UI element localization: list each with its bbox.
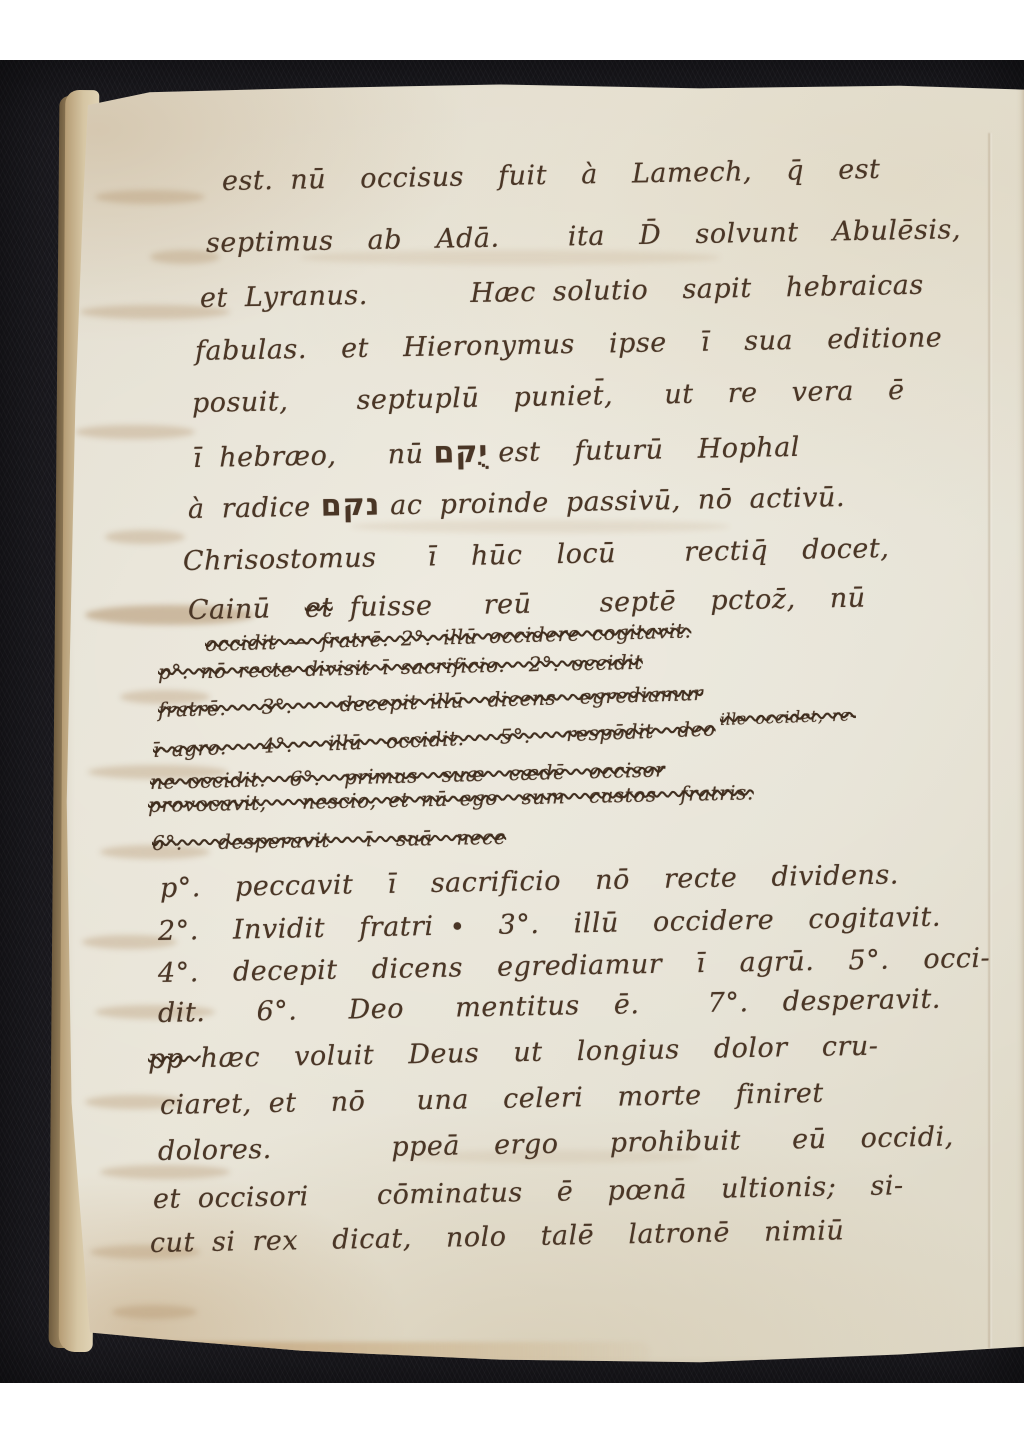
line-7-latin-post: ac proinde passivū, nō activū.	[390, 482, 845, 521]
deleted-line-7: 6°. desperavit ī suā nece	[152, 827, 506, 853]
manuscript-line-21: pp hæc voluit Deus ut longius dolor cru-	[148, 1033, 879, 1073]
line-21-deleted-prefix: pp	[148, 1043, 201, 1075]
line-9-post: fuisse reū septē pctoz̄, nū	[332, 583, 866, 624]
manuscript-line-8: Chrisostomus ī hūc locū rectiq̄ docet,	[183, 535, 890, 575]
manuscript-line-5: posuit, septuplū puniet̄, ut re vera ē	[192, 377, 905, 417]
manuscript-line-23: dolores. ppeā ergo prohibuit eū occidi,	[158, 1123, 954, 1165]
line-6-latin-pre: ī hebræo, nū	[193, 439, 424, 474]
deleted-line-4: ī agro. 4°. illū occidit. 5°. respōdit d…	[153, 718, 716, 760]
manuscript-line-22: ciaret, et nō una celeri morte finiret	[160, 1080, 824, 1119]
showthrough-smudge	[112, 1305, 197, 1319]
manuscript-line-9: Cainū et fuisse reū septē pctoz̄, nū	[188, 585, 866, 624]
manuscript-line-25: cut si rex dicat, nolo talē latronē nimi…	[150, 1217, 845, 1257]
line-21-text: hæc voluit Deus ut longius dolor cru-	[200, 1031, 878, 1074]
line-6-latin-post: est futurū Hophal	[498, 432, 800, 469]
hebrew-word-naqam: נקם	[310, 487, 390, 523]
manuscript-line-6: ī hebræo, nūיֻקםest futurū Hophal	[193, 432, 800, 473]
showthrough-smudge	[100, 1165, 230, 1179]
showthrough-smudge	[75, 425, 195, 439]
showthrough-smudge	[350, 520, 730, 533]
hebrew-word-yuqqam: יֻקם	[423, 434, 498, 470]
manuscript-line-1: est. nū occisus fuit à Lamech, q̄ est	[222, 156, 881, 195]
manuscript-line-7: à radiceנקםac proinde passivū, nō activū…	[188, 482, 846, 524]
manuscript-line-3: et Lyranus. Hæc solutio sapit hebraicas	[200, 272, 924, 312]
page-fold-crease	[988, 133, 992, 1348]
manuscript-line-4: fabulas. et Hieronymus ipse ī sua editio…	[195, 324, 943, 365]
deleted-interlinear-insertion: ille occidet, re-	[720, 707, 856, 728]
manuscript-line-2: septimus ab Adā. ita D̄ solvunt Abulēsis…	[206, 216, 961, 257]
manuscript-line-20: dit. 6°. Deo mentitus ē. 7°. desperavit.	[158, 986, 941, 1027]
manuscript-line-18: 2°. Invidit fratri ∙ 3°. illū occidere c…	[158, 904, 941, 945]
manuscript-page: est. nū occisus fuit à Lamech, q̄ est se…	[60, 78, 1024, 1370]
line-9-pre: Cainū	[188, 593, 305, 626]
manuscript-line-19: 4°. decepit dicens egrediamur ī agrū. 5°…	[158, 945, 991, 987]
manuscript-line-17: p°. peccavit ī sacrificio nō recte divid…	[160, 861, 899, 902]
deleted-line-2: p°. nō recte divisit ī sacrificio. 2°. o…	[158, 652, 643, 682]
line-7-latin-pre: à radice	[188, 492, 311, 525]
deleted-line-3: fratrē. 3°. decepit illū dicens egrediam…	[158, 683, 704, 720]
showthrough-smudge	[95, 190, 205, 204]
photo-stage: est. nū occisus fuit à Lamech, q̄ est se…	[0, 0, 1024, 1448]
showthrough-smudge	[105, 530, 185, 544]
line-9-deleted-word: et	[305, 592, 333, 624]
deleted-line-1: occidit — fratrē. 2°. illū occidere cogi…	[205, 620, 692, 654]
manuscript-line-24: et occisori cōminatus ē pœnā ultionis; s…	[153, 1172, 904, 1213]
